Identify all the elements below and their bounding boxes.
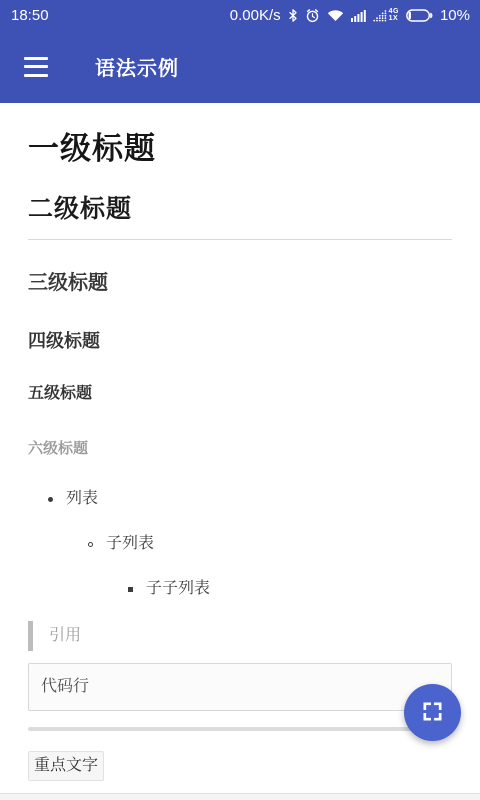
status-bar: 18:50 0.00K/s — [0, 0, 480, 30]
app-bar: 语法示例 — [0, 30, 480, 103]
horizontal-rule — [28, 727, 452, 731]
inline-code: 重点文字 — [28, 751, 104, 781]
next-block-edge — [0, 793, 480, 800]
page-title: 语法示例 — [95, 52, 179, 81]
list-item-label: 列表 — [66, 488, 98, 510]
list-item: 子列表 — [28, 533, 452, 555]
code-block: 代码行 — [28, 663, 452, 711]
status-icons: 0.00K/s — [230, 7, 470, 24]
disc-bullet-icon — [48, 497, 53, 502]
list-block: 列表 子列表 子子列表 — [28, 488, 452, 600]
code-block-text: 代码行 — [41, 678, 89, 695]
circle-bullet-icon — [88, 542, 93, 547]
signal-icon — [351, 9, 366, 22]
markdown-preview: 一级标题 二级标题 三级标题 四级标题 五级标题 六级标题 列表 子列表 子子列… — [0, 130, 480, 781]
battery-icon — [406, 9, 433, 22]
square-bullet-icon — [128, 587, 133, 592]
heading-2: 二级标题 — [28, 193, 452, 240]
bluetooth-icon — [288, 8, 298, 23]
alarm-icon — [305, 8, 320, 23]
heading-4: 四级标题 — [28, 329, 452, 353]
list-item: 列表 — [28, 488, 452, 510]
wifi-icon — [327, 9, 344, 22]
emphasis-line: 重点文字 — [28, 751, 452, 781]
network-type-badge: 4G 1X — [389, 8, 399, 22]
blockquote: 引用 — [28, 621, 452, 651]
battery-percent: 10% — [440, 7, 470, 24]
list-item: 子子列表 — [28, 578, 452, 600]
blockquote-text: 引用 — [49, 627, 81, 644]
list-item-label: 子子列表 — [146, 578, 210, 600]
heading-3: 三级标题 — [28, 270, 452, 297]
network-type-top: 4G — [389, 8, 399, 15]
heading-5: 五级标题 — [28, 383, 452, 405]
list-item-label: 子列表 — [106, 533, 154, 555]
hamburger-menu-icon[interactable] — [24, 57, 48, 77]
status-time: 18:50 — [11, 7, 49, 24]
network-type-bottom: 1X — [389, 15, 399, 22]
network-speed: 0.00K/s — [230, 7, 281, 24]
heading-6: 六级标题 — [28, 438, 452, 459]
fullscreen-icon — [421, 700, 444, 726]
heading-1: 一级标题 — [28, 130, 452, 168]
mobile-data-signal-icon: 4G 1X — [373, 8, 399, 22]
fullscreen-fab-button[interactable] — [404, 684, 461, 741]
phone-screen: 18:50 0.00K/s — [0, 0, 480, 800]
